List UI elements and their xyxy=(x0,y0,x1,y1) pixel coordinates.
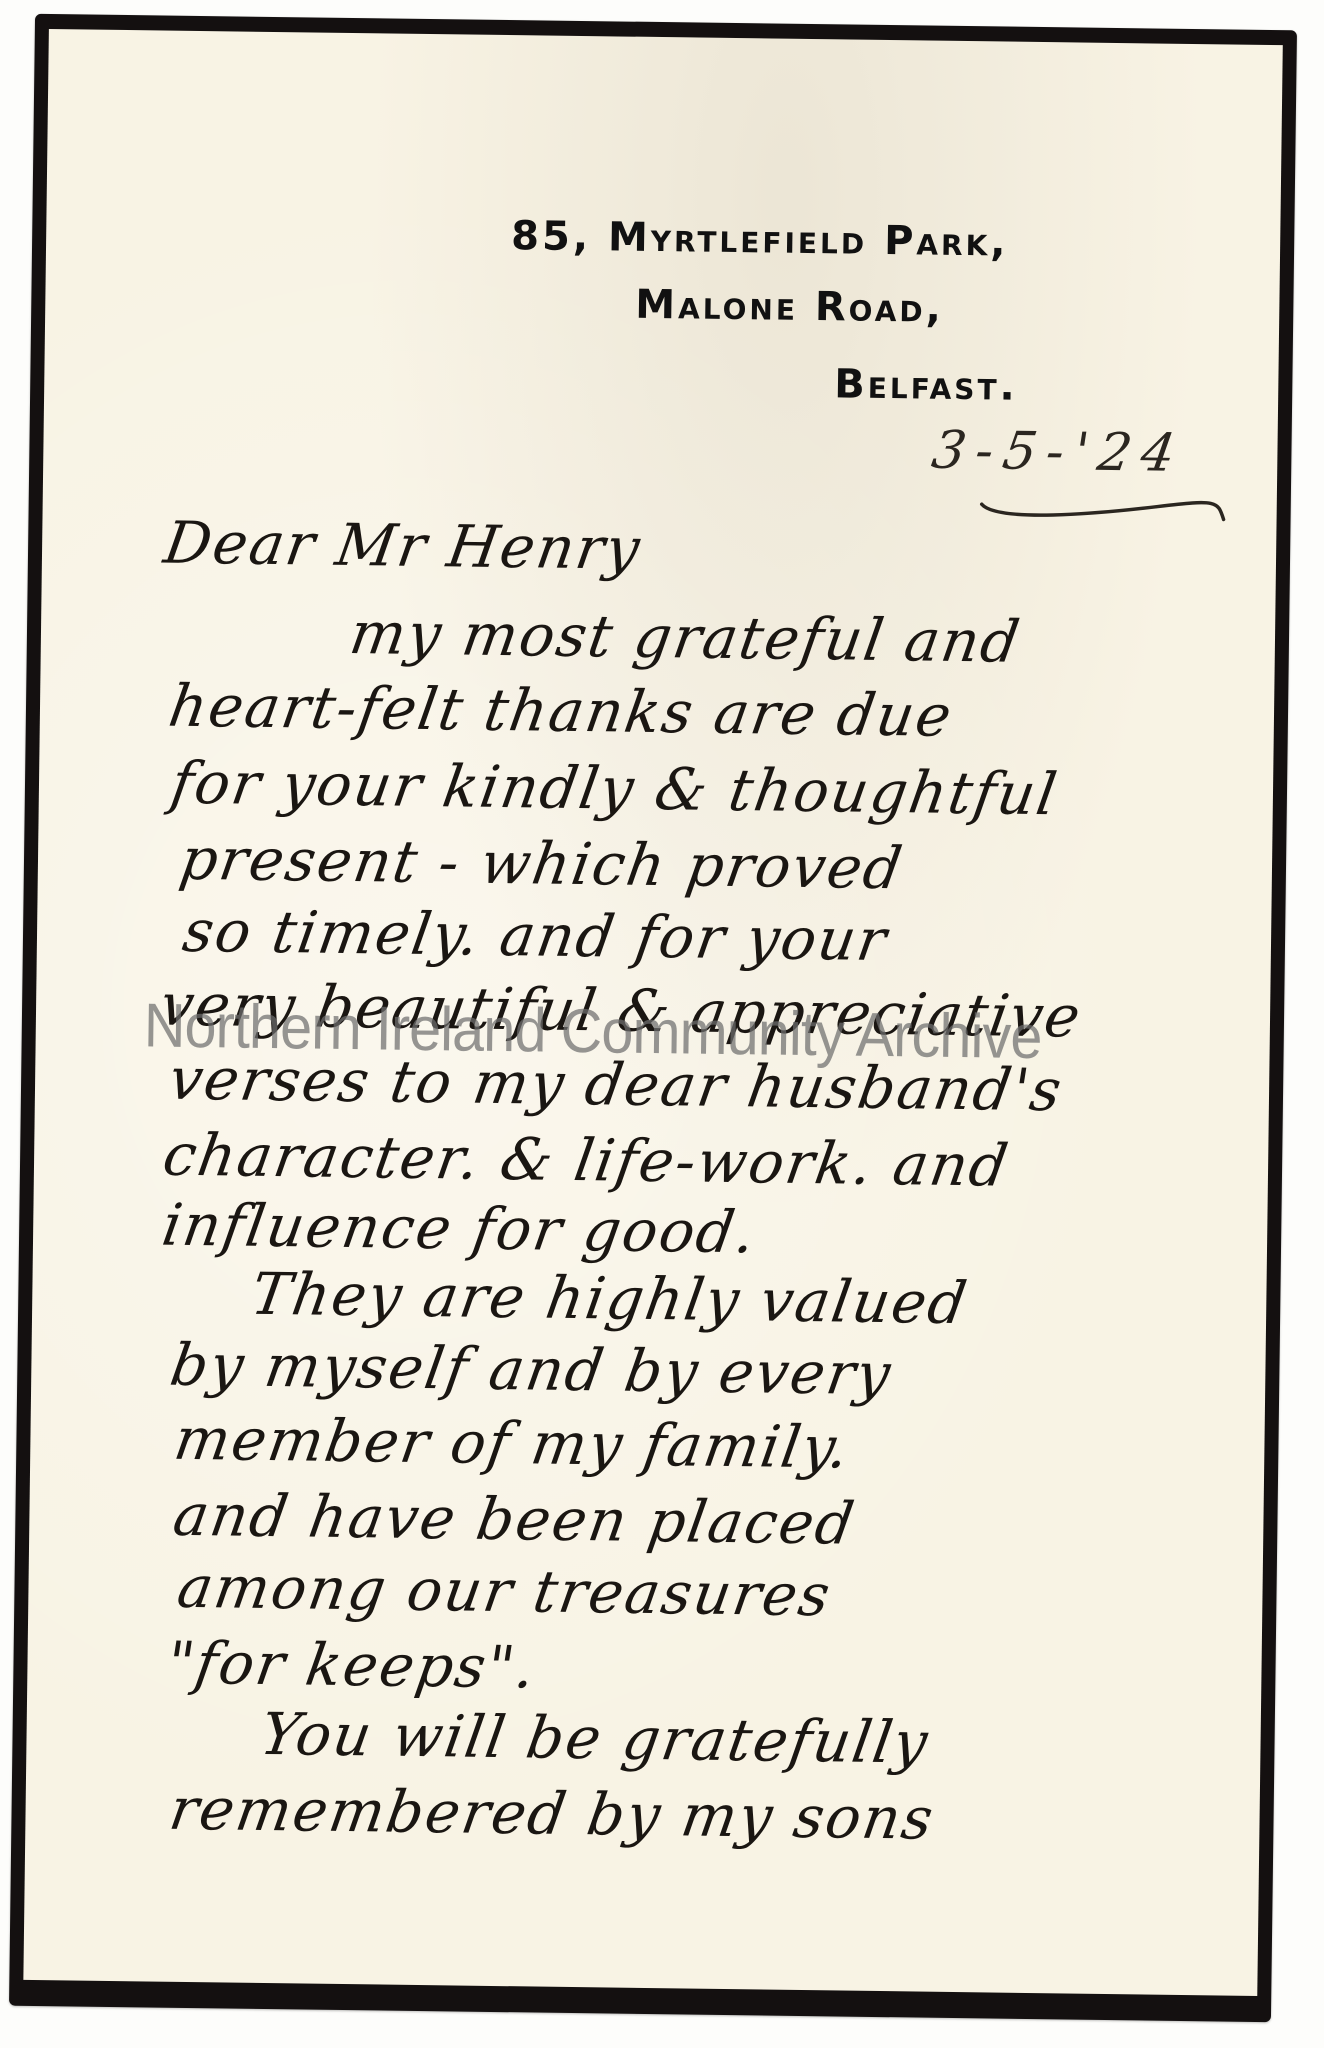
letter-line: "for keeps". xyxy=(162,1629,541,1702)
letter-line: very beautiful & appreciative xyxy=(156,971,1087,1051)
letter-line: and have been placed xyxy=(169,1481,860,1558)
letterhead-address-line-3: Belfast. xyxy=(834,361,1018,409)
date-underline-flourish xyxy=(978,496,1228,523)
letter-line: You will be gratefully xyxy=(256,1700,934,1777)
letter-line: verses to my dear husband's xyxy=(165,1045,1068,1125)
letter-line: so timely. and for your xyxy=(179,897,893,974)
letter-line: member of my family. xyxy=(170,1405,855,1482)
letter-line: for your kindly & thoughtful xyxy=(167,749,1063,828)
letter-line: They are highly valued xyxy=(247,1260,973,1337)
letter-line: character. & life-work. and xyxy=(159,1121,1014,1200)
letterhead-address-line-2: Malone Road, xyxy=(635,282,944,332)
letter-line: influence for good. xyxy=(158,1191,762,1267)
letter-paper: 85, Myrtlefield Park, Malone Road, Belfa… xyxy=(23,29,1282,1996)
letter-line: among our treasures xyxy=(173,1553,836,1629)
letter-date: 3-5-'24 xyxy=(928,421,1189,484)
document-viewer: 85, Myrtlefield Park, Malone Road, Belfa… xyxy=(0,0,1324,2048)
mourning-border-card: 85, Myrtlefield Park, Malone Road, Belfa… xyxy=(9,14,1297,2022)
letter-line: remembered by my sons xyxy=(165,1775,939,1853)
letter-line: present - which proved xyxy=(176,825,909,902)
letter-line: my most grateful and xyxy=(346,599,1026,676)
letter-line: by myself and by every xyxy=(166,1331,897,1408)
letterhead-address-line-1: 85, Myrtlefield Park, xyxy=(511,213,1009,266)
letter-line: heart-felt thanks are due xyxy=(165,672,958,750)
salutation: Dear Mr Henry xyxy=(160,509,646,583)
